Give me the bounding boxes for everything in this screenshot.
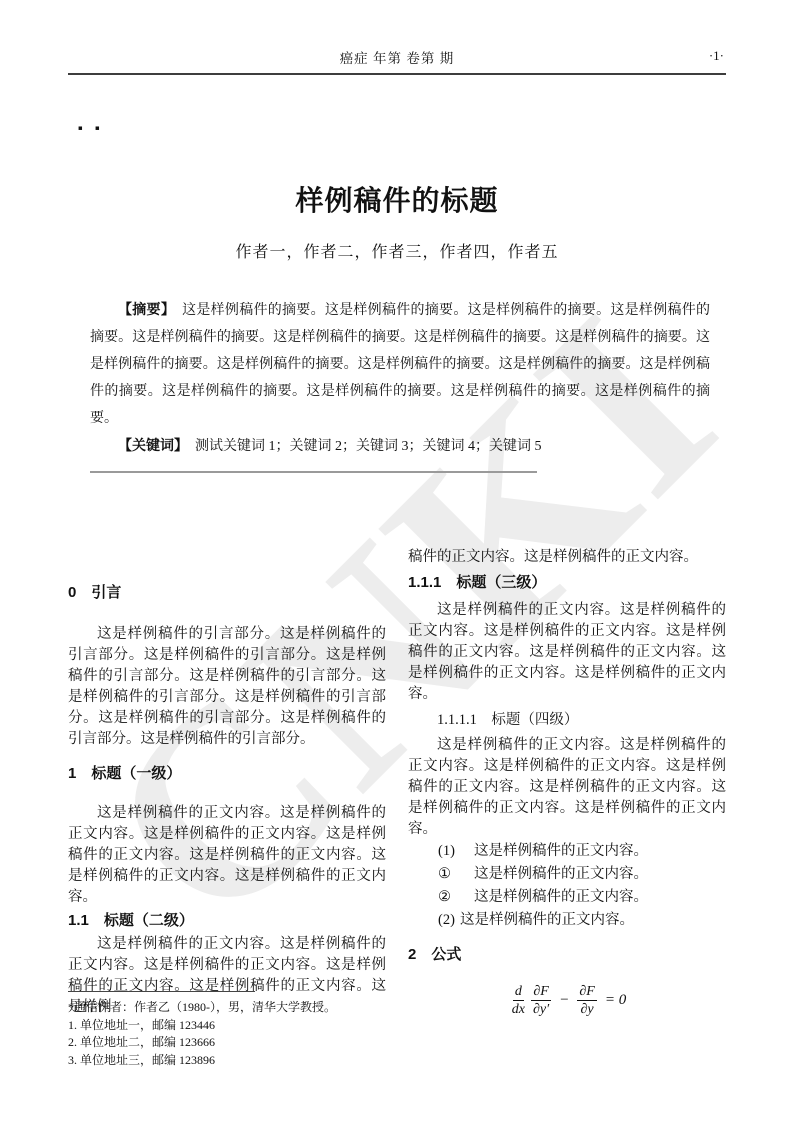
footnote-line: 1. 单位地址一，邮编 123446 — [68, 1017, 398, 1035]
list-text: 这是样例稿件的正文内容。 — [460, 912, 634, 928]
article-title: 样例稿件的标题 — [0, 179, 794, 219]
keywords-text: 测试关键词 1；关键词 2；关键词 3；关键词 4；关键词 5 — [195, 439, 542, 454]
list-marker: (2) — [438, 909, 460, 932]
fraction-dF-dyprime: ∂F∂y′ — [531, 983, 551, 1018]
abstract-paragraph: 【摘要】这是样例稿件的摘要。这是样例稿件的摘要。这是样例稿件的摘要。这是样例稿件… — [90, 296, 710, 432]
keywords-line: 【关键词】测试关键词 1；关键词 2；关键词 3；关键词 4；关键词 5 — [90, 432, 710, 460]
paragraph-section11-part2: 稿件的正文内容。这是样例稿件的正文内容。 — [408, 547, 726, 568]
keywords-label: 【关键词】 — [118, 437, 188, 453]
heading-introduction: 0 引言 — [68, 583, 386, 603]
heading-level2: 1.1 标题（二级） — [68, 911, 386, 931]
paper-page: CNKI 癌症 年第 卷第 期 ·1· ▪ ▪ 样例稿件的标题 作者一，作者二，… — [0, 0, 794, 1123]
authors-line: 作者一，作者二，作者三，作者四，作者五 — [0, 239, 794, 262]
abstract-text: 这是样例稿件的摘要。这是样例稿件的摘要。这是样例稿件的摘要。这是样例稿件的摘要。… — [90, 303, 710, 426]
column-right: 稿件的正文内容。这是样例稿件的正文内容。 1.1.1 标题（三级） 这是样例稿件… — [408, 547, 726, 1018]
equation: ddx∂F∂y′−∂F∂y= 0 — [408, 983, 726, 1018]
list-item: (2)这是样例稿件的正文内容。 — [408, 909, 726, 932]
column-left: 0 引言 这是样例稿件的引言部分。这是样例稿件的引言部分。这是样例稿件的引言部分… — [68, 583, 386, 1018]
heading-level1: 1 标题（一级） — [68, 764, 386, 784]
paragraph-section111: 这是样例稿件的正文内容。这是样例稿件的正文内容。这是样例稿件的正文内容。这是样例… — [408, 600, 726, 705]
list-marker: (1) — [438, 840, 474, 863]
footnote-line: 2. 单位地址二，邮编 123666 — [68, 1034, 398, 1052]
footnotes-block: *通信作者：作者乙（1980-），男，清华大学教授。 1. 单位地址一，邮编 1… — [68, 991, 398, 1069]
abstract-label: 【摘要】 — [118, 301, 175, 317]
list-item: (1)这是样例稿件的正文内容。 — [408, 840, 726, 863]
section-divider — [90, 471, 537, 473]
placeholder-dots: ▪ ▪ — [78, 124, 105, 132]
minus-operator: − — [559, 992, 569, 1008]
footnote-line: *通信作者：作者乙（1980-），男，清华大学教授。 — [68, 999, 398, 1017]
numbered-list: (1)这是样例稿件的正文内容。 ①这是样例稿件的正文内容。 ②这是样例稿件的正文… — [408, 840, 726, 932]
list-marker: ① — [438, 863, 474, 886]
list-marker: ② — [438, 886, 474, 909]
list-text: 这是样例稿件的正文内容。 — [474, 843, 648, 859]
page-number: ·1· — [709, 48, 724, 64]
list-text: 这是样例稿件的正文内容。 — [474, 889, 648, 905]
paragraph-section1111: 这是样例稿件的正文内容。这是样例稿件的正文内容。这是样例稿件的正文内容。这是样例… — [408, 735, 726, 840]
list-text: 这是样例稿件的正文内容。 — [474, 866, 648, 882]
fraction-d-dx: ddx — [510, 983, 527, 1018]
header-rule — [68, 73, 726, 75]
heading-level4: 1.1.1.1 标题（四级） — [408, 710, 726, 730]
heading-formula-section: 2 公式 — [408, 945, 726, 965]
equation-rhs: = 0 — [605, 992, 626, 1008]
list-item: ①这是样例稿件的正文内容。 — [408, 863, 726, 886]
page-header: 癌症 年第 卷第 期 ·1· — [68, 47, 726, 67]
paragraph-introduction: 这是样例稿件的引言部分。这是样例稿件的引言部分。这是样例稿件的引言部分。这是样例… — [68, 624, 386, 750]
abstract-block: 【摘要】这是样例稿件的摘要。这是样例稿件的摘要。这是样例稿件的摘要。这是样例稿件… — [90, 296, 710, 460]
footnote-line: 3. 单位地址三，邮编 123896 — [68, 1052, 398, 1070]
list-item: ②这是样例稿件的正文内容。 — [408, 886, 726, 909]
journal-title: 癌症 年第 卷第 期 — [68, 47, 726, 67]
footnote-separator — [68, 991, 255, 992]
paragraph-section1: 这是样例稿件的正文内容。这是样例稿件的正文内容。这是样例稿件的正文内容。这是样例… — [68, 803, 386, 908]
fraction-dF-dy: ∂F∂y — [577, 983, 596, 1018]
heading-level3: 1.1.1 标题（三级） — [408, 573, 726, 593]
